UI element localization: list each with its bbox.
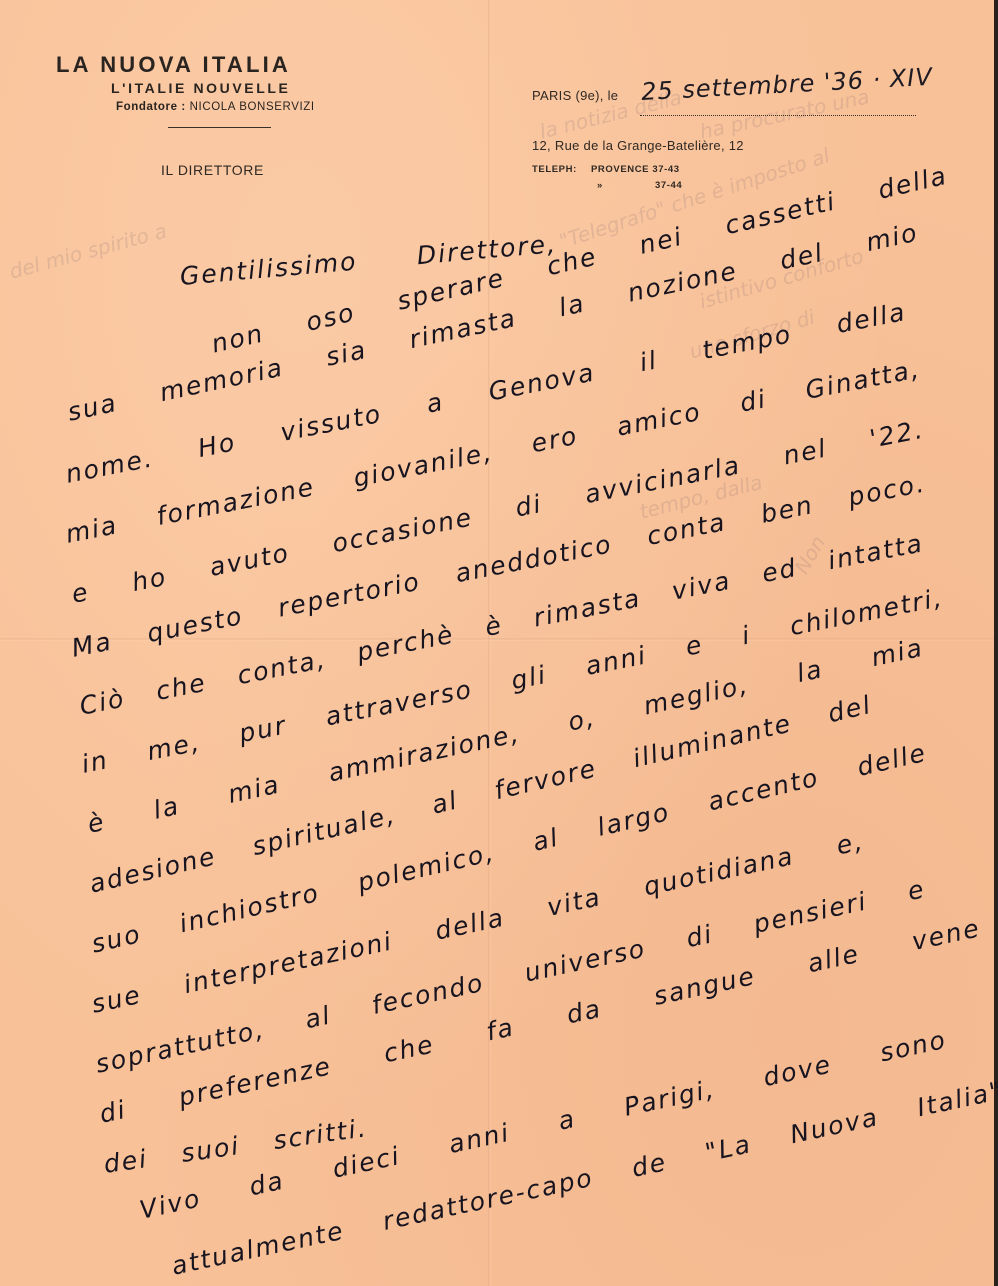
letterhead-subtitle: L'ITALIE NOUVELLE	[111, 80, 291, 96]
ditto-mark: »	[597, 180, 602, 191]
telephone-number-2: 37-44	[655, 180, 682, 191]
telephone-label: TELEPH:	[532, 164, 577, 175]
founder-name: NICOLA BONSERVIZI	[190, 101, 315, 113]
place-prefix: PARIS (9e), le	[532, 88, 618, 103]
letterhead-divider	[168, 127, 271, 128]
letterhead-founder: Fondatore : NICOLA BONSERVIZI	[116, 101, 315, 113]
founder-label: Fondatore :	[116, 101, 186, 113]
telephone-number-1: PROVENCE 37-43	[591, 164, 680, 175]
letterhead-address: 12, Rue de la Grange-Batelière, 12	[532, 138, 744, 153]
vertical-fold-crease	[488, 0, 491, 1286]
date-dotted-line	[640, 115, 916, 116]
letterhead-title: LA NUOVA ITALIA	[56, 52, 291, 78]
letterhead-department: IL DIRETTORE	[161, 162, 264, 178]
